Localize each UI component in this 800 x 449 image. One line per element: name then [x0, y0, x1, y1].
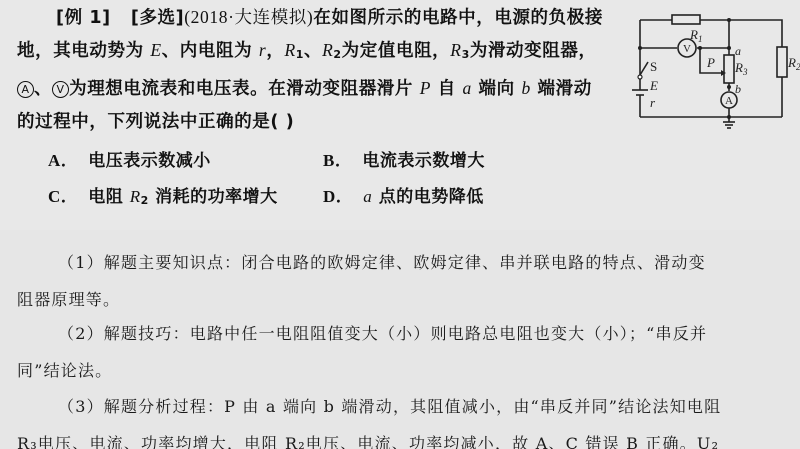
text: 为理想电流表和电压表。在滑动变阻器滑片 [69, 79, 420, 99]
problem-line-2: 地，其电动势为 E、内电阻为 r，R1、R2为定值电阻，R3为滑动变阻器， [17, 37, 597, 62]
text: ， [266, 41, 284, 61]
svg-text:a: a [735, 44, 741, 58]
svg-text:b: b [735, 82, 741, 96]
svg-text:r: r [650, 95, 656, 110]
voltmeter-symbol-icon: V [52, 81, 69, 98]
sub: 2 [141, 194, 149, 207]
problem-section: [例 1] [多选](2018·大连模拟)在如图所示的电路中，电源的负极接 地，… [0, 0, 800, 230]
option-c: C．电阻 R2 消耗的功率增大 [48, 182, 278, 207]
example-label: [例 1] [56, 8, 111, 28]
option-b: B．电流表示数增大 [323, 146, 485, 171]
question-source: (2018·大连模拟) [184, 7, 313, 27]
var-a: a [463, 78, 472, 98]
svg-text:R1: R1 [689, 27, 702, 44]
text: 、 [34, 79, 52, 99]
sub: 1 [296, 48, 304, 61]
option-a: A．电压表示数减小 [48, 146, 211, 171]
problem-line-4: 的过程中，下列说法中正确的是( ) [17, 108, 294, 133]
svg-text:R3: R3 [734, 60, 748, 77]
var-a: a [363, 187, 372, 206]
var-R2: R [322, 40, 333, 60]
option-letter: B． [323, 151, 352, 170]
explanation-item-1-cont: 阻器原理等。 [17, 287, 120, 310]
ammeter-symbol-icon: A [17, 81, 34, 98]
option-d: D．a 点的电势降低 [323, 182, 484, 207]
text: 端向 [472, 79, 522, 99]
option-text: 电阻 [88, 187, 129, 207]
var-E: E [150, 40, 161, 60]
sub: 3 [462, 48, 470, 61]
var-R2: R [130, 187, 141, 206]
svg-text:V: V [683, 43, 691, 55]
explanation-item-2: （2）解题技巧：电路中任一电阻阻值变大（小）则电路总电阻也变大（小）；“串反并 [58, 321, 707, 344]
question-type-tag: [多选] [131, 8, 184, 28]
text: 地，其电动势为 [17, 41, 150, 61]
explanation-item-3-cont: R₃电压、电流、功率均增大，电阻 R₂电压、电流、功率均减小，故 A、C 错误 … [17, 431, 719, 449]
svg-text:E: E [649, 78, 658, 93]
explanation-item-2-cont: 同”结论法。 [17, 358, 112, 381]
circuit-diagram-icon: R1 R2 R3 P a b S E r V A [620, 5, 800, 130]
var-b: b [521, 78, 530, 98]
var-R1: R [284, 40, 295, 60]
option-letter: D． [323, 187, 353, 206]
svg-text:R2: R2 [787, 55, 800, 72]
svg-text:A: A [725, 95, 733, 107]
option-text: 电流表示数增大 [362, 151, 485, 171]
problem-line-3: A、V为理想电流表和电压表。在滑动变阻器滑片 P 自 a 端向 b 端滑动 [17, 75, 592, 100]
option-letter: A． [48, 151, 78, 170]
text: 自 [431, 79, 463, 99]
text: 为滑动变阻器， [470, 41, 597, 61]
sub: 2 [333, 48, 341, 61]
text: 端滑动 [531, 79, 592, 99]
svg-text:P: P [706, 55, 715, 70]
text: 、 [304, 41, 322, 61]
explanation-item-3: （3）解题分析过程：P 由 a 端向 b 端滑动，其阻值减小，由“串反并同”结论… [58, 394, 721, 417]
explanation-item-1: （1）解题主要知识点：闭合电路的欧姆定律、欧姆定律、串并联电路的特点、滑动变 [58, 250, 706, 273]
svg-text:S: S [650, 59, 657, 74]
problem-text-1: 在如图所示的电路中，电源的负极接 [313, 8, 603, 28]
option-text: 点的电势降低 [372, 187, 483, 207]
text: 为定值电阻， [342, 41, 451, 61]
var-P: P [420, 78, 431, 98]
option-text: 电压表示数减小 [88, 151, 211, 171]
option-text: 消耗的功率增大 [149, 187, 278, 207]
var-R3: R [450, 40, 461, 60]
option-letter: C． [48, 187, 78, 206]
text: 、内电阻为 [162, 41, 259, 61]
problem-line-1: [例 1] [多选](2018·大连模拟)在如图所示的电路中，电源的负极接 [56, 4, 603, 29]
